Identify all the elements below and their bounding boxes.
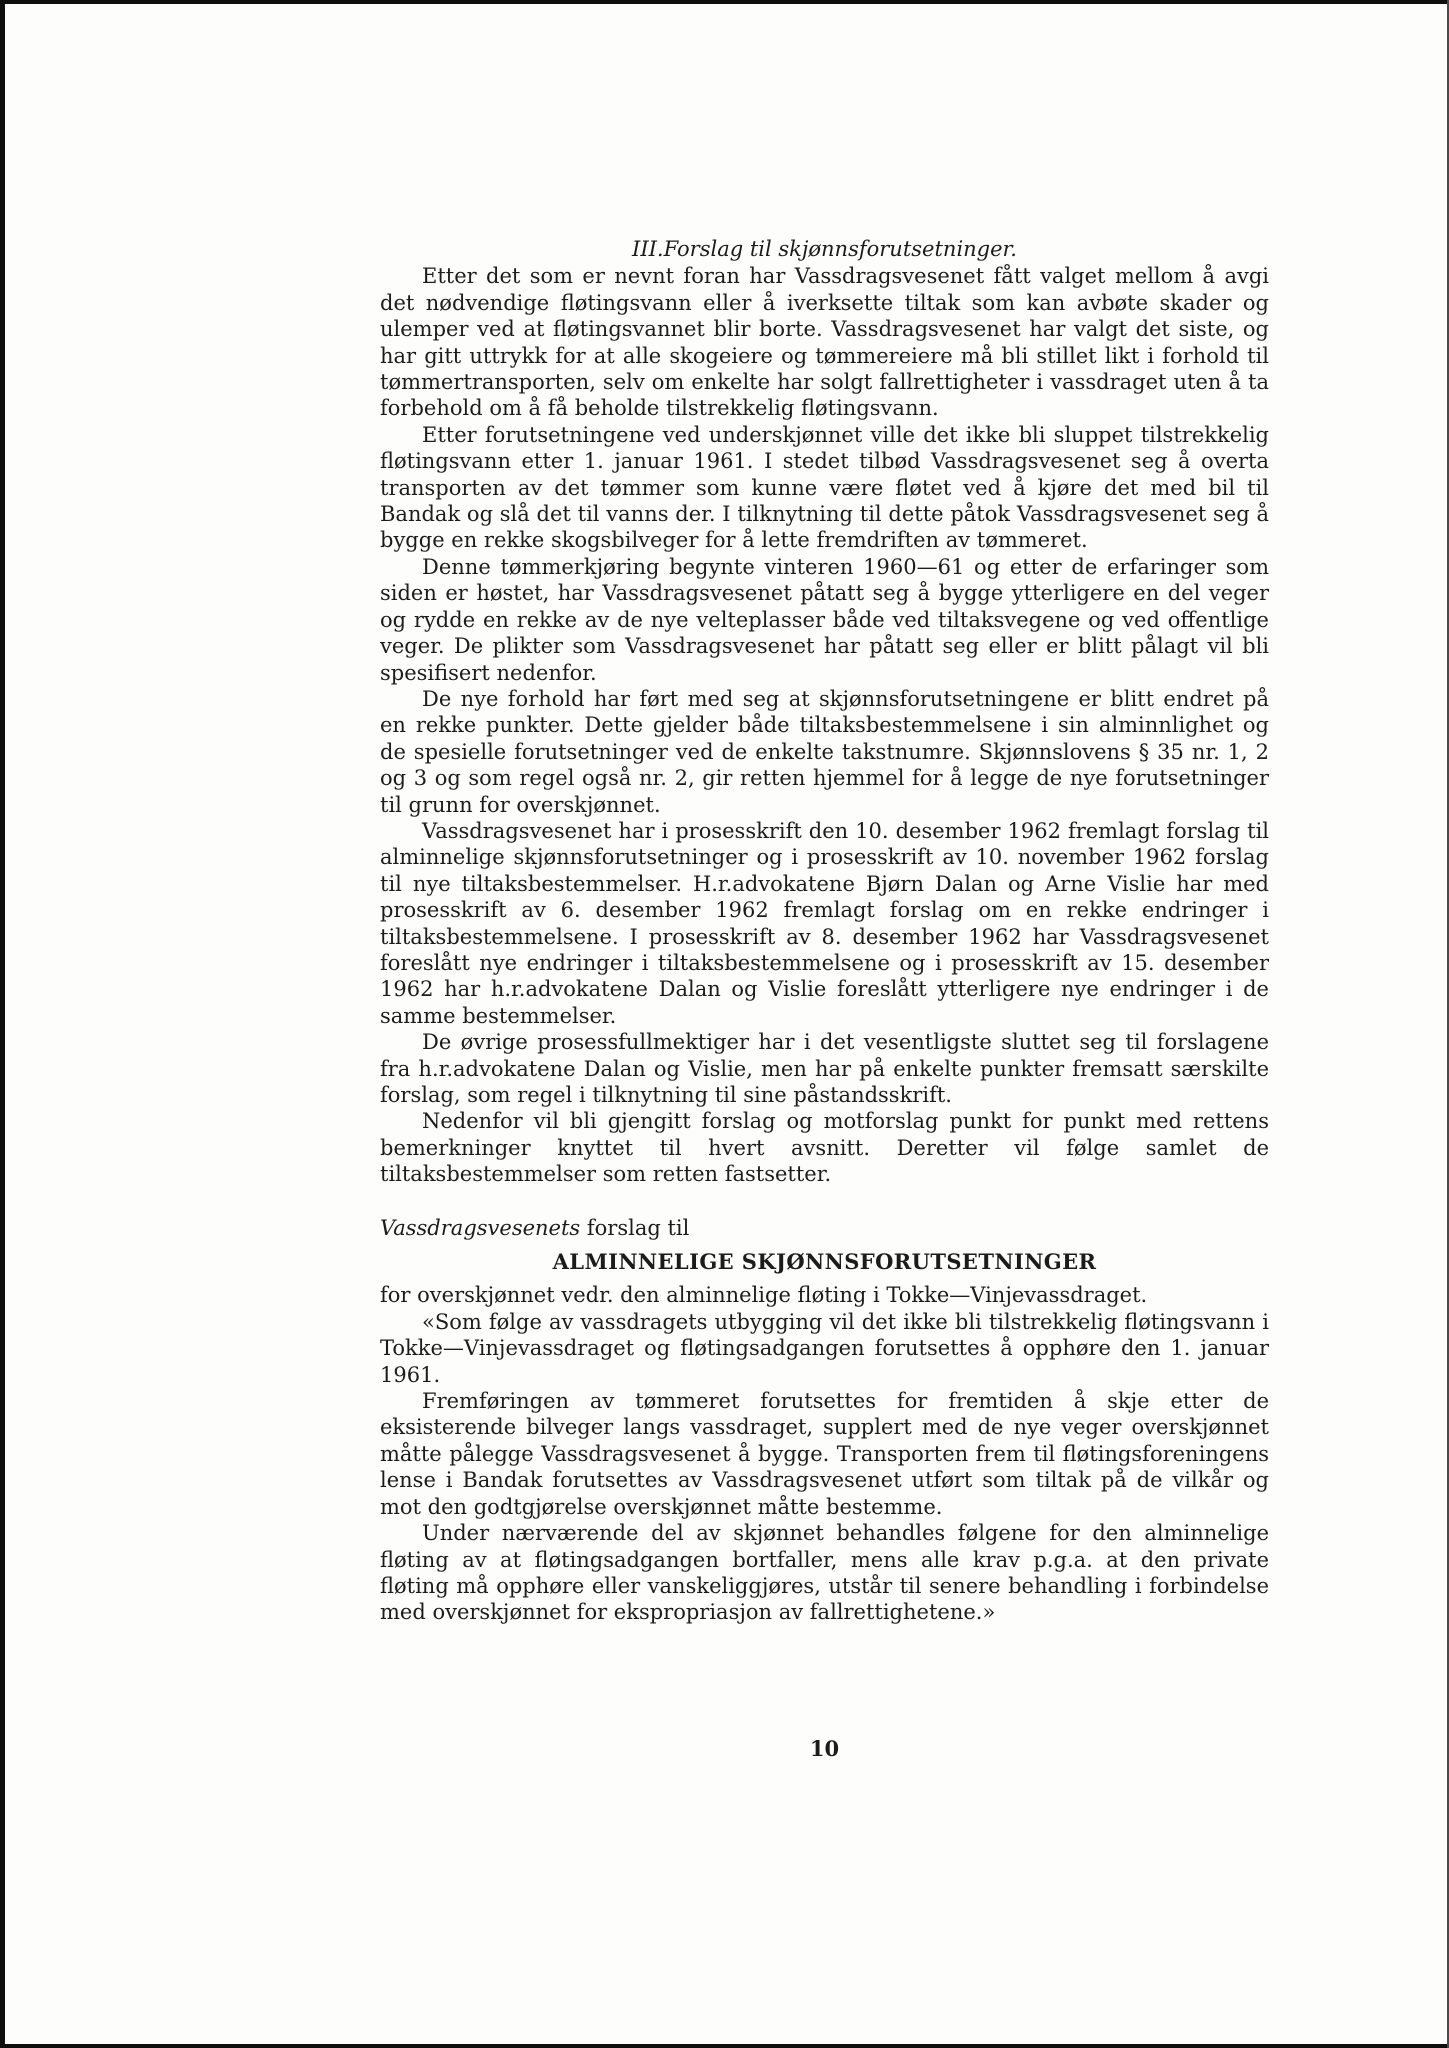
- proposal-intro-line: Vassdragsvesenets forslag til: [380, 1215, 1269, 1241]
- page-number: 10: [380, 1736, 1269, 1761]
- body-paragraph-1: Etter det som er nevnt foran har Vassdra…: [380, 263, 1269, 421]
- proposal-intro-rest: forslag til: [580, 1216, 689, 1240]
- body-paragraph-3: Denne tømmerkjøring begynte vinteren 196…: [380, 554, 1269, 686]
- quote-paragraph-1: «Som følge av vassdragets utbygging vil …: [380, 1309, 1269, 1388]
- section-heading: ALMINNELIGE SKJØNNSFORUTSETNINGER: [380, 1249, 1269, 1275]
- section-subheading: for overskjønnet vedr. den alminnelige f…: [380, 1282, 1269, 1308]
- body-paragraph-6: De øvrige prosessfullmektiger har i det …: [380, 1029, 1269, 1108]
- body-paragraph-5: Vassdragsvesenet har i prosesskrift den …: [380, 818, 1269, 1029]
- scanned-document-page: III.Forslag til skjønnsforutsetninger. E…: [0, 0, 1449, 2048]
- text-block: III.Forslag til skjønnsforutsetninger. E…: [380, 236, 1269, 1626]
- scan-edge-left: [0, 0, 5, 2048]
- proposal-intro-italic: Vassdragsvesenets: [380, 1216, 580, 1240]
- quote-paragraph-3: Under nærværende del av skjønnet behandl…: [380, 1520, 1269, 1626]
- section-title: III.Forslag til skjønnsforutsetninger.: [380, 236, 1269, 262]
- scan-edge-bottom: [0, 2044, 1449, 2048]
- quote-paragraph-2: Fremføringen av tømmeret forutsettes for…: [380, 1388, 1269, 1520]
- scan-edge-top: [0, 0, 1449, 4]
- body-paragraph-7: Nedenfor vil bli gjengitt forslag og mot…: [380, 1108, 1269, 1187]
- body-paragraph-2: Etter forutsetningene ved underskjønnet …: [380, 422, 1269, 554]
- body-paragraph-4: De nye forhold har ført med seg at skjøn…: [380, 686, 1269, 818]
